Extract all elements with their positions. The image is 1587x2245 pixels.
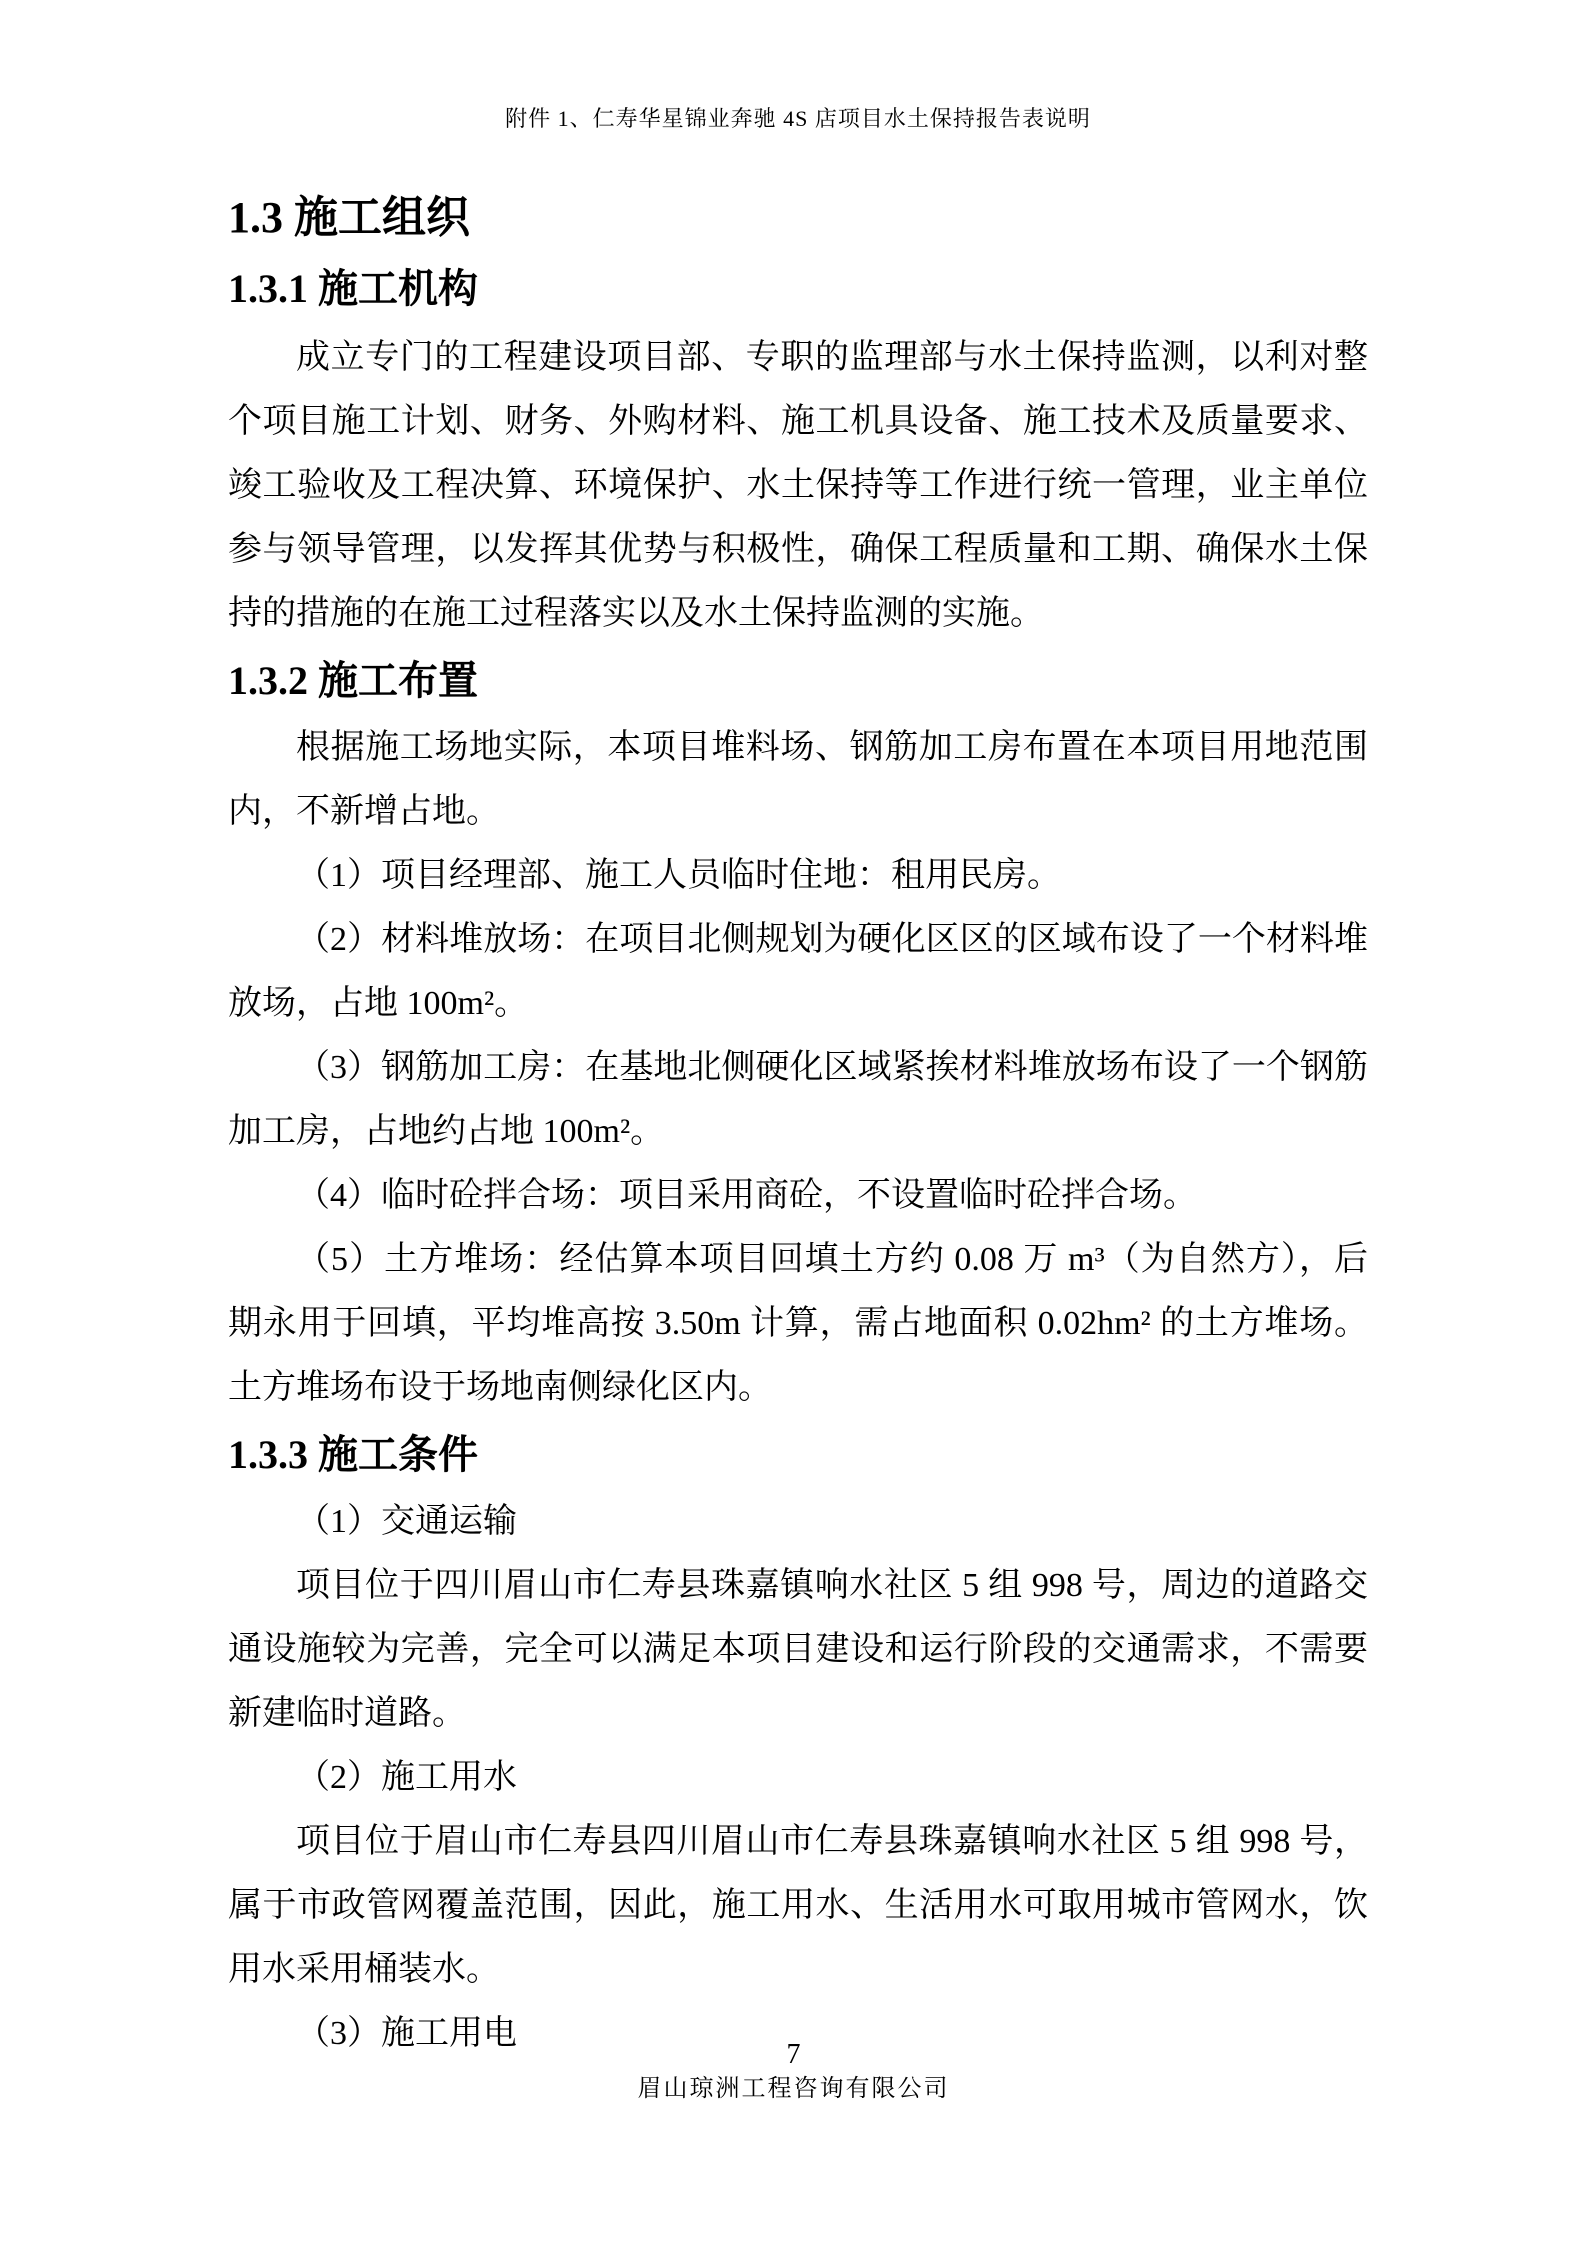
paragraph-layout-intro: 根据施工场地实际，本项目堆料场、钢筋加工房布置在本项目用地范围内，不新增占地。 xyxy=(228,716,1368,844)
section-heading-1-3: 1.3 施工组织 xyxy=(228,192,1368,244)
list-item-concrete-mixing: （4）临时砼拌合场：项目采用商砼，不设置临时砼拌合场。 xyxy=(228,1164,1368,1228)
paragraph-traffic: 项目位于四川眉山市仁寿县珠嘉镇响水社区 5 组 998 号，周边的道路交通设施较… xyxy=(228,1554,1368,1746)
paragraph-water: 项目位于眉山市仁寿县四川眉山市仁寿县珠嘉镇响水社区 5 组 998 号，属于市政… xyxy=(228,1810,1368,2002)
list-item-material-yard: （2）材料堆放场：在项目北侧规划为硬化区区的区域布设了一个材料堆放场，占地 10… xyxy=(228,908,1368,1036)
section-heading-1-3-3: 1.3.3 施工条件 xyxy=(228,1430,1368,1480)
page-number: 7 xyxy=(0,2038,1587,2072)
section-heading-1-3-2: 1.3.2 施工布置 xyxy=(228,656,1368,706)
list-item-water-title: （2）施工用水 xyxy=(228,1746,1368,1810)
section-heading-1-3-1: 1.3.1 施工机构 xyxy=(228,264,1368,314)
document-content: 附件 1、仁寿华星锦业奔驰 4S 店项目水土保持报告表说明 1.3 施工组织 1… xyxy=(228,0,1368,2066)
list-item-earth-stockpile: （5）土方堆场：经估算本项目回填土方约 0.08 万 m³（为自然方），后期永用… xyxy=(228,1228,1368,1420)
document-header-title: 附件 1、仁寿华星锦业奔驰 4S 店项目水土保持报告表说明 xyxy=(228,102,1368,136)
list-item-traffic-title: （1）交通运输 xyxy=(228,1490,1368,1554)
footer-company-name: 眉山琼洲工程咨询有限公司 xyxy=(0,2072,1587,2106)
document-page: 附件 1、仁寿华星锦业奔驰 4S 店项目水土保持报告表说明 1.3 施工组织 1… xyxy=(0,0,1587,2245)
list-item-project-office: （1）项目经理部、施工人员临时住地：租用民房。 xyxy=(228,844,1368,908)
paragraph-construction-organization: 成立专门的工程建设项目部、专职的监理部与水土保持监测，以利对整个项目施工计划、财… xyxy=(228,326,1368,646)
list-item-rebar-workshop: （3）钢筋加工房：在基地北侧硬化区域紧挨材料堆放场布设了一个钢筋加工房，占地约占… xyxy=(228,1036,1368,1164)
